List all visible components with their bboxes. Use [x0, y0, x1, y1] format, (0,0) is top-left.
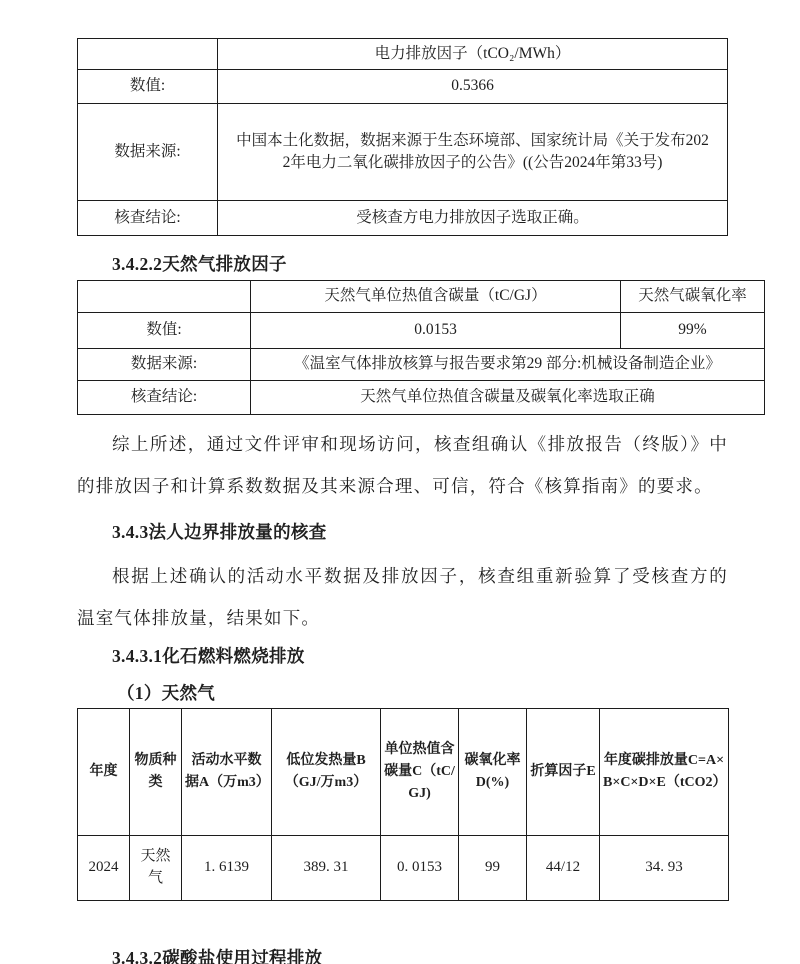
paragraph-recalculation: 根据上述确认的活动水平数据及排放因子，核查组重新验算了受核查方的温室气体排放量，…: [77, 555, 728, 639]
conclusion-label: 核查结论:: [78, 381, 251, 415]
empty-cell: [78, 281, 251, 313]
header-carbon-content: 单位热值含碳量C（tC/GJ): [381, 709, 459, 836]
data-source-label: 数据来源:: [78, 104, 218, 201]
header-low-heating-value: 低位发热量B（GJ/万m3）: [272, 709, 381, 836]
table-row: 数值: 0.0153 99%: [78, 313, 765, 349]
electricity-factor-value: 0.5366: [218, 70, 728, 104]
data-source-value: 《温室气体排放核算与报告要求第29 部分:机械设备制造企业》: [251, 349, 765, 381]
table-row: 数据来源: 中国本土化数据，数据来源于生态环境部、国家统计局《关于发布2022年…: [78, 104, 728, 201]
cell-carbon-content: 0. 0153: [381, 836, 459, 901]
carbon-content-header: 天然气单位热值含碳量（tC/GJ）: [251, 281, 621, 313]
conclusion-label: 核查结论:: [78, 201, 218, 236]
table-row: 核查结论: 受核查方电力排放因子选取正确。: [78, 201, 728, 236]
header-year: 年度: [78, 709, 130, 836]
section-heading-fossil-fuel: 3.4.3.1化石燃料燃烧排放: [77, 645, 728, 667]
table-row: 核查结论: 天然气单位热值含碳量及碳氧化率选取正确: [78, 381, 765, 415]
cell-conversion-factor: 44/12: [527, 836, 600, 901]
cell-oxidation-rate: 99: [459, 836, 527, 901]
paragraph-summary: 综上所述，通过文件评审和现场访问，核查组确认《排放报告（终版）》中的排放因子和计…: [77, 423, 728, 507]
cell-annual-emission: 34. 93: [600, 836, 729, 901]
empty-cell: [78, 39, 218, 70]
table-data-row: 2024 天然气 1. 6139 389. 31 0. 0153 99 44/1…: [78, 836, 729, 901]
cell-heating-value: 389. 31: [272, 836, 381, 901]
table-row: 电力排放因子（tCO₂/MWh）: [78, 39, 728, 70]
section-heading-gas-emission-factor: 3.4.2.2天然气排放因子: [77, 253, 728, 275]
header-annual-emission: 年度碳排放量C=A×B×C×D×E（tCO2）: [600, 709, 729, 836]
electricity-emission-factor-table: 电力排放因子（tCO₂/MWh） 数值: 0.5366 数据来源: 中国本土化数…: [77, 38, 728, 236]
table-row: 数值: 0.5366: [78, 70, 728, 104]
cell-activity-data: 1. 6139: [182, 836, 272, 901]
electricity-factor-header: 电力排放因子（tCO₂/MWh）: [218, 39, 728, 70]
table-row: 数据来源: 《温室气体排放核算与报告要求第29 部分:机械设备制造企业》: [78, 349, 765, 381]
natural-gas-emission-factor-table: 天然气单位热值含碳量（tC/GJ） 天然气碳氧化率 数值: 0.0153 99%…: [77, 280, 765, 415]
data-source-label: 数据来源:: [78, 349, 251, 381]
section-heading-boundary-verification: 3.4.3法人边界排放量的核查: [77, 521, 728, 543]
value-label: 数值:: [78, 313, 251, 349]
carbon-content-value: 0.0153: [251, 313, 621, 349]
data-source-value: 中国本土化数据，数据来源于生态环境部、国家统计局《关于发布2022年电力二氧化碳…: [218, 104, 728, 201]
header-oxidation-rate: 碳氧化率D(%): [459, 709, 527, 836]
cell-material: 天然气: [130, 836, 182, 901]
section-heading-carbonate: 3.4.3.2碳酸盐使用过程排放: [77, 947, 728, 964]
cell-year: 2024: [78, 836, 130, 901]
table-row: 天然气单位热值含碳量（tC/GJ） 天然气碳氧化率: [78, 281, 765, 313]
subheading-natural-gas: （1）天然气: [77, 682, 728, 704]
oxidation-rate-value: 99%: [621, 313, 765, 349]
oxidation-rate-header: 天然气碳氧化率: [621, 281, 765, 313]
value-label: 数值:: [78, 70, 218, 104]
header-activity-data: 活动水平数据A（万m3）: [182, 709, 272, 836]
document-page: 电力排放因子（tCO₂/MWh） 数值: 0.5366 数据来源: 中国本土化数…: [77, 0, 728, 964]
header-conversion-factor: 折算因子E: [527, 709, 600, 836]
conclusion-value: 受核查方电力排放因子选取正确。: [218, 201, 728, 236]
conclusion-value: 天然气单位热值含碳量及碳氧化率选取正确: [251, 381, 765, 415]
natural-gas-combustion-table: 年度 物质种类 活动水平数据A（万m3） 低位发热量B（GJ/万m3） 单位热值…: [77, 708, 729, 901]
table-header-row: 年度 物质种类 活动水平数据A（万m3） 低位发热量B（GJ/万m3） 单位热值…: [78, 709, 729, 836]
header-material-type: 物质种类: [130, 709, 182, 836]
